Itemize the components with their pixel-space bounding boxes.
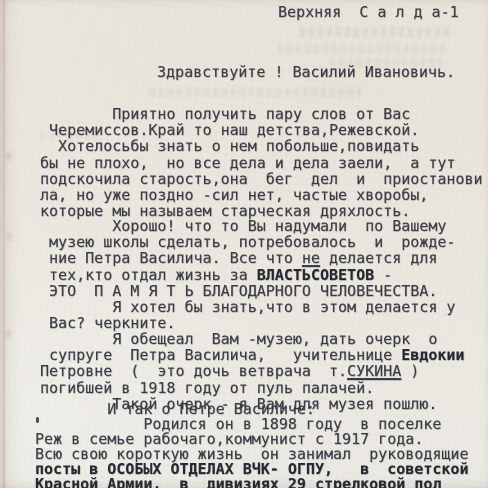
letter-line: музею школы сделать, потребовалось и рож… (40, 234, 455, 250)
letter-line: Черемиссов.Край то наш детства,Режевской… (40, 122, 483, 138)
letter-line: бы не плохо, но все дела и дела заели, а… (40, 155, 483, 171)
bleedthrough-smudge (150, 88, 362, 97)
letter-line: Красной Армии, в дивизиях 29 стрелковой … (35, 477, 468, 488)
scan-edge-line (3, 0, 5, 488)
letter-line: подскочила старость,она бег дел и приост… (40, 171, 483, 187)
letter-paragraph-question: Я хотел бы знать,что в этом делается у В… (40, 299, 455, 331)
letter-location-header: Верхняя С а л д а-1 (278, 4, 459, 20)
ink-mark (6, 152, 11, 161)
letter-line: ние Петра Василича. Все что не делается … (40, 250, 455, 266)
letter-line: Я хотел бы знать,что в этом делается у (40, 299, 455, 315)
letter-line: ЭТО П А М Я Т Ь БЛАГОДАРНОГО ЧЕЛОВЕЧЕСТВ… (40, 283, 455, 299)
bleedthrough-smudge (300, 27, 452, 37)
letter-line: Я обещеал Вам -музею, дать очерк о (40, 331, 464, 347)
letter-paragraph-intro: Приятно получить пару слов от Вас Череми… (40, 106, 483, 219)
letter-paragraph-museum: Хорошо! что то Вы надумали по Вашему муз… (40, 218, 455, 299)
scanned-letter-page: Верхняя С а л д а-1 Здравствуйте ! Васил… (0, 0, 488, 488)
letter-line: Петровне ( это дочь ветврача т.СУКИНА ) (40, 363, 464, 379)
ink-mark (7, 232, 11, 240)
letter-line: Вас? черкните. (40, 315, 455, 331)
letter-line: тех,кто отдал жизнь за ВЛАСТЬСОВЕТОВ - (40, 267, 455, 283)
letter-line: погибшей в 1918 году от пуль палачей. (40, 380, 464, 396)
letter-greeting: Здравствуйте ! Василий Ивановичь. (157, 64, 455, 80)
letter-line: Хотелосьбы знать о нем побольше,повидать (40, 138, 483, 154)
letter-line: ла, но уже поздно -сил нет, частые хворо… (40, 187, 483, 203)
letter-line: Приятно получить пару слов от Вас (40, 106, 483, 122)
letter-line: Хорошо! что то Вы надумали по Вашему (40, 218, 455, 234)
ink-mark (6, 330, 11, 338)
bleedthrough-smudge (278, 44, 446, 53)
letter-line: супруге Петра Василича, учительнице Евдо… (40, 347, 464, 363)
letter-paragraph-biography: И так о Петре Василиче: Родился он в 189… (35, 402, 468, 488)
